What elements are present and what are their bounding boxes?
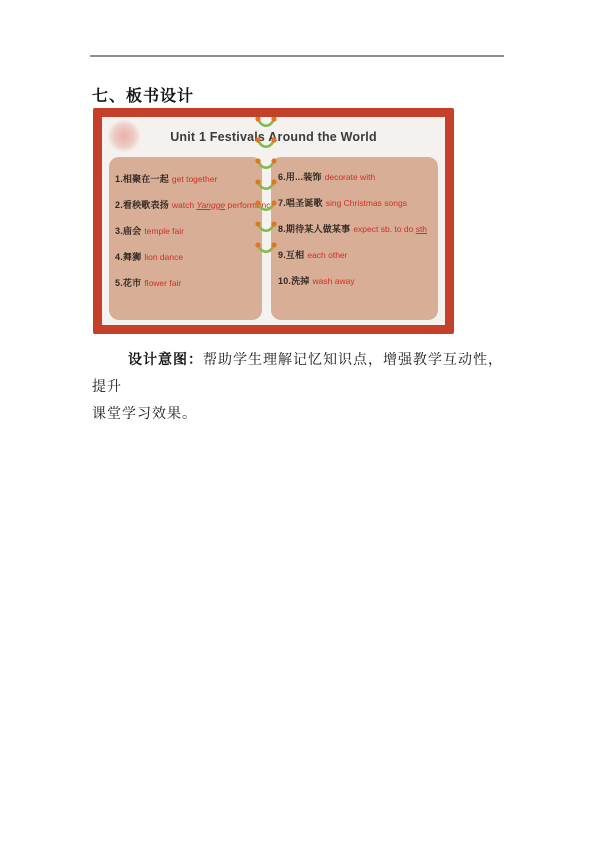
vocab-item: 6.用...装饰decorate with (278, 169, 438, 182)
vocab-chinese: 9.互相 (278, 250, 304, 260)
vocab-chinese: 1.相聚在一起 (115, 174, 169, 184)
vocab-english: wash away (313, 276, 355, 286)
binding-stitch-icon (254, 220, 278, 235)
vocab-english: get together (172, 174, 217, 184)
vocab-english: expect sb. to do sth (353, 224, 427, 234)
vocab-list-left: 1.相聚在一起get together 2.看秧歌表扬watch Yangge … (109, 157, 262, 288)
binding-stitch-icon (254, 199, 278, 214)
vocab-chinese: 4.舞狮 (115, 252, 141, 262)
vocab-english: sing Christmas songs (326, 198, 407, 208)
design-intent-label: 设计意图： (128, 353, 203, 368)
vocab-chinese: 8.期待某人做某事 (278, 224, 350, 234)
vocab-item: 5.花市flower fair (115, 275, 262, 288)
vocab-english: decorate with (325, 172, 376, 182)
vocab-english: lion dance (144, 252, 183, 262)
vocab-chinese: 7.唱圣诞歌 (278, 198, 323, 208)
binding-stitch-icon (254, 136, 278, 151)
vocab-english: flower fair (144, 278, 181, 288)
vocab-english: each other (307, 250, 347, 260)
vocab-chinese: 5.花市 (115, 278, 141, 288)
section-heading: 七、板书设计 (92, 83, 194, 106)
design-intent-line2: 课堂学习效果。 (92, 407, 197, 422)
binding-stitch-icon (254, 157, 278, 172)
vocab-chinese: 2.看秧歌表扬 (115, 200, 169, 210)
binding-stitch-icon (254, 241, 278, 256)
blackboard-design-image: Unit 1 Festivals Around the World 1.相聚在一… (93, 108, 454, 334)
book-binding (254, 117, 278, 256)
vocab-english: temple fair (144, 226, 184, 236)
binding-stitch-icon (254, 117, 278, 130)
vocab-item: 10.洗掉wash away (278, 273, 438, 286)
vocab-chinese: 3.庙会 (115, 226, 141, 236)
binding-stitch-icon (254, 178, 278, 193)
vocab-item: 9.互相each other (278, 247, 438, 260)
vocab-item: 1.相聚在一起get together (115, 171, 262, 184)
board-right-panel: 6.用...装饰decorate with 7.唱圣诞歌sing Christm… (271, 157, 438, 320)
vocab-chinese: 10.洗掉 (278, 276, 310, 286)
vocab-item: 7.唱圣诞歌sing Christmas songs (278, 195, 438, 208)
vocab-item: 4.舞狮lion dance (115, 249, 262, 262)
section-divider (90, 55, 504, 57)
board-left-panel: 1.相聚在一起get together 2.看秧歌表扬watch Yangge … (109, 157, 262, 320)
vocab-chinese: 6.用...装饰 (278, 172, 322, 182)
vocab-list-right: 6.用...装饰decorate with 7.唱圣诞歌sing Christm… (271, 157, 438, 286)
vocab-item: 2.看秧歌表扬watch Yangge performance (115, 197, 262, 210)
design-intent-paragraph: 设计意图：帮助学生理解记忆知识点，增强教学互动性，提升课堂学习效果。 (92, 347, 512, 428)
vocab-item: 8.期待某人做某事expect sb. to do sth (278, 221, 438, 234)
vocab-item: 3.庙会temple fair (115, 223, 262, 236)
board-canvas: Unit 1 Festivals Around the World 1.相聚在一… (102, 117, 445, 325)
